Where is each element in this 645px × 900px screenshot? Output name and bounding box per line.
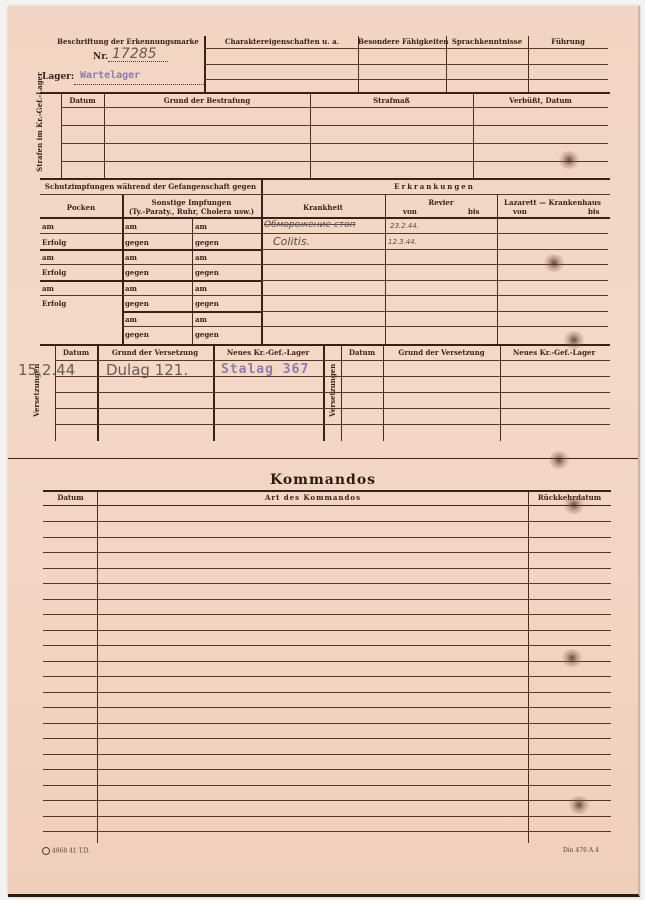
rule [40,280,261,282]
kommandos-row [43,661,611,662]
rule [204,79,608,80]
kommandos-col-art: Art des Kommandos [98,494,528,502]
strafen-col-strafmass: Strafmaß [310,97,473,105]
damage-hole [543,254,565,272]
sonstige-row: gegen [125,269,149,277]
col-charakter: Charaktereigenschaften u. a. [206,38,358,46]
kommandos-row [43,537,611,538]
divider [97,491,98,843]
rule [261,311,608,312]
sonstige-row: gegen [195,239,219,247]
fold-line [8,458,638,459]
kommandos-row [43,645,611,646]
rule [122,311,261,313]
sonstige-row: gegen [195,331,219,339]
col-lazarett: Lazarett — Krankenhaus [497,199,608,207]
divider [358,36,359,94]
lager-underline [74,84,206,85]
kommandos-row [43,568,611,569]
revier-bis: bis [468,208,480,216]
col-krankheit: Krankheit [261,204,385,212]
pocken-row: am [42,254,54,262]
nr-value: 17285 [112,46,157,62]
rule [261,295,608,296]
rule [40,295,261,296]
erkrankungen-title: Erkrankungen [261,183,608,191]
transfer-date: 15.2.44 [18,361,75,379]
rule [55,408,610,409]
rule [61,125,608,126]
rule [261,233,608,234]
sonstige-row: am [125,285,137,293]
footer-left-text: 4868 41 T.D. [52,848,90,855]
kommandos-row [43,785,611,786]
illness-2-revier-von: 12.3.44. [388,238,417,246]
rule [40,217,610,219]
vers-col-datum: Datum [55,349,97,357]
section-rule [40,344,610,346]
kommandos-row [43,707,611,708]
damage-hole [561,649,583,667]
kommandos-col-datum: Datum [43,494,98,502]
vers2-col-grund: Grund der Versetzung [383,349,500,357]
kommandos-row [43,831,611,832]
nr-label: Nr. [93,53,108,63]
divider [104,93,105,179]
kommandos-row [43,800,611,801]
kommandos-row [43,738,611,739]
rule [261,280,608,281]
section-rule [43,490,611,492]
damage-hole [558,151,580,169]
rule [55,424,610,425]
rule [40,249,261,251]
rule [40,264,261,265]
footer-din: Din 476 A 4 [563,847,599,854]
sonstige-row: am [195,223,207,231]
printer-mark-icon [42,847,50,855]
erkennungsmarke-label: Beschriftung der Erkennungsmarke [48,38,208,46]
kommandos-row [43,723,611,724]
lazarett-bis: bis [588,208,600,216]
damage-hole [548,451,570,469]
sonstige-row: gegen [195,300,219,308]
vers-col-grund: Grund der Versetzung [97,349,213,357]
strafen-side-label: Strafen im Kr.-Gef.-Lager [36,92,44,172]
section-rule [40,92,610,94]
vers2-col-datum: Datum [341,349,383,357]
kommandos-title: Kommandos [8,472,638,488]
pocken-row: Erfolg [42,300,66,308]
illness-entry-1: Обморожение стоп [264,220,356,230]
strafen-col-verbuesst: Verbüßt, Datum [473,97,608,105]
vers2-col-lager: Neues Kr.-Gef.-Lager [500,349,608,357]
revier-von: von [403,208,417,216]
rule [61,143,608,144]
pocken-row: am [42,223,54,231]
pocken-row: Erfolg [42,269,66,277]
sonstige-row: am [125,316,137,324]
rule [40,233,261,234]
kommandos-row [43,599,611,600]
kommandos-row [43,754,611,755]
rule [55,392,610,393]
strafen-col-grund: Grund der Bestrafung [104,97,310,105]
vers-col-lager: Neues Kr.-Gef.-Lager [213,349,323,357]
kommandos-row [43,552,611,553]
rule [122,326,261,327]
transfer-reason: Dulag 121. [106,361,188,379]
kommandos-row [43,676,611,677]
kommandos-row [43,521,611,522]
lazarett-von: von [513,208,527,216]
sonstige-row: gegen [125,331,149,339]
kommandos-row [43,816,611,817]
lager-stamp: Wartelager [80,70,140,81]
col-fuehrung: Führung [528,38,608,46]
kommandos-row [43,692,611,693]
kommandos-row [43,614,611,615]
sonstige-row: am [195,316,207,324]
col-revier: Revier [385,199,497,207]
transfer-new-camp-stamp: Stalag 367 [221,362,309,377]
rule [61,107,608,108]
divider [446,36,447,94]
illness-entry-2: Colitis. [273,235,310,248]
sonstige-row: am [125,254,137,262]
divider [528,36,529,94]
rule [261,326,608,327]
rule [261,249,608,250]
lager-label: Lager: [42,73,74,83]
damage-hole [563,331,585,349]
divider [528,491,529,843]
damage-hole [563,496,585,514]
pow-record-card: Beschriftung der Erkennungsmarke Nr. 172… [8,6,640,897]
kommandos-row [43,769,611,770]
col-faehigkeiten: Besondere Fähigkeiten [358,38,446,46]
rule [61,161,608,162]
rule [43,505,611,506]
sonstige-row: am [195,285,207,293]
rule [204,64,608,65]
col-sprachen: Sprachkenntnisse [446,38,528,46]
illness-1-revier-von: 23.2.44. [390,222,419,230]
sonstige-row: gegen [125,300,149,308]
damage-hole [568,796,590,814]
rule [204,48,608,49]
sonstige-row: gegen [195,269,219,277]
sonstige-row: gegen [125,239,149,247]
divider [310,93,311,179]
section-rule [40,178,610,180]
sonstige-row: am [125,223,137,231]
strafen-col-datum: Datum [61,97,104,105]
kommandos-row [43,630,611,631]
pocken-row: Erfolg [42,239,66,247]
pocken-row: am [42,285,54,293]
footer-print-code: 4868 41 T.D. [42,847,90,855]
sonstige-row: am [195,254,207,262]
divider [473,93,474,179]
impfungen-title: Schutzimpfungen während der Gefangenscha… [40,183,261,191]
col-pocken: Pocken [40,204,122,212]
col-sonstige-1: Sonstige Impfungen [122,199,261,207]
divider [61,93,62,179]
col-sonstige-2: (Ty.-Paraty., Ruhr, Cholera usw.) [122,208,261,216]
kommandos-row [43,583,611,584]
rule [40,194,610,195]
